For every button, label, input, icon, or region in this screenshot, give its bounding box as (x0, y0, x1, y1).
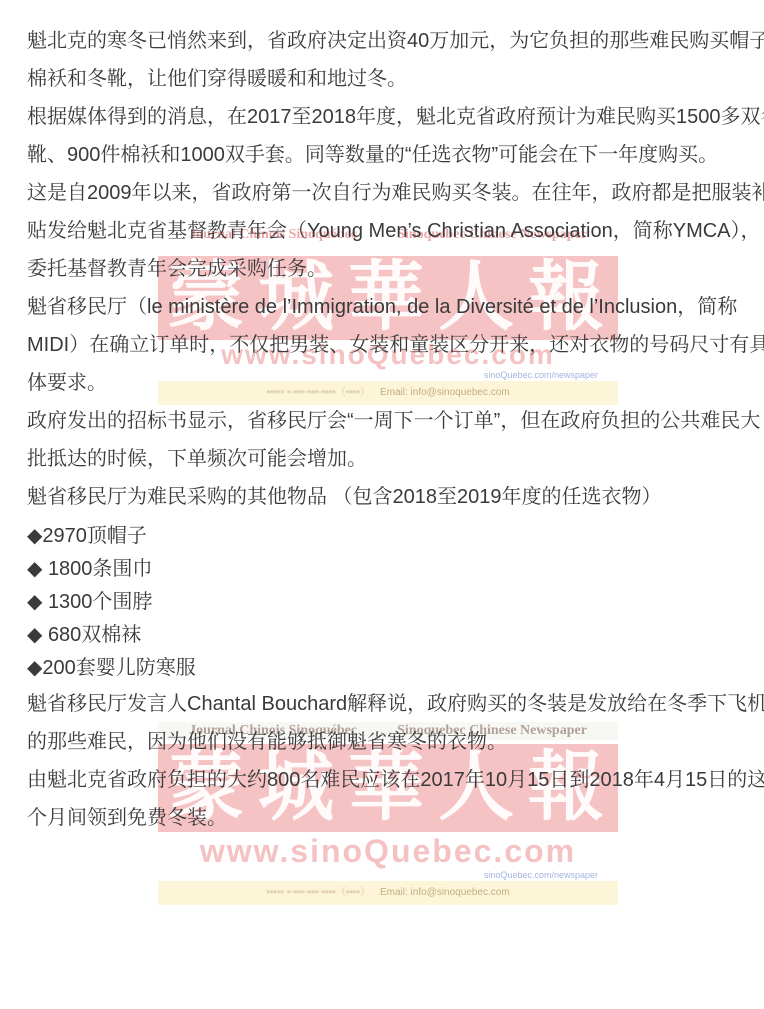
text-line: 的那些难民，因为他们没有能够抵御魁省寒冬的衣物。 (27, 723, 737, 761)
article-page: Journal Chinois Sinoquébec Sinoquebec Ch… (0, 0, 764, 1009)
watermark-newspaper-link: sinoQuebec.com/newspaper (158, 870, 618, 881)
watermark-contact-faded: ▪▪▪▪▪ ▪-▪▪▪-▪▪▪-▪▪▪▪（▪▪▪▪） (266, 887, 370, 898)
list-item: ◆200套婴儿防寒服 (27, 652, 737, 685)
purchased-items-list: ◆2970顶帽子 ◆ 1800条围巾 ◆ 1300个围脖 ◆ 680双棉袜 ◆2… (27, 520, 737, 685)
article-paragraph: 由魁北克省政府负担的大约800名难民应该在2017年10月15日到2018年4月… (27, 761, 737, 837)
text-line: 贴发给魁北克省基督教青年会（Young Men’s Christian Asso… (27, 212, 737, 250)
text-line: 魁北克的寒冬已悄然来到，省政府决定出资40万加元，为它负担的那些难民购买帽子、 (27, 22, 737, 60)
watermark-contact-email: Email: info@sinoquebec.com (380, 887, 510, 898)
list-item: ◆ 1800条围巾 (27, 553, 737, 586)
article-paragraph: 魁省移民厅发言人Chantal Bouchard解释说，政府购买的冬装是发放给在… (27, 685, 737, 761)
text-line: 魁省移民厅（le ministère de l’Immigration, de … (27, 288, 737, 326)
list-item: ◆2970顶帽子 (27, 520, 737, 553)
text-line: 由魁北克省政府负担的大约800名难民应该在2017年10月15日到2018年4月… (27, 761, 737, 799)
text-line: 体要求。 (27, 364, 737, 402)
article-paragraph: 魁省移民厅（le ministère de l’Immigration, de … (27, 288, 737, 402)
article-paragraph: 政府发出的招标书显示，省移民厅会“一周下一个订单”，但在政府负担的公共难民大 批… (27, 402, 737, 478)
text-line: 个月间领到免费冬装。 (27, 799, 737, 837)
list-item: ◆ 680双棉袜 (27, 619, 737, 652)
article-paragraph: 根据媒体得到的消息，在2017至2018年度，魁北克省政府预计为难民购买1500… (27, 98, 737, 174)
text-line: 魁省移民厅发言人Chantal Bouchard解释说，政府购买的冬装是发放给在… (27, 685, 737, 723)
watermark-website: www.sinoQuebec.com (158, 832, 618, 870)
article-paragraph: 这是自2009年以来，省政府第一次自行为难民购买冬装。在往年，政府都是把服装补 … (27, 174, 737, 288)
text-line: 委托基督教青年会完成采购任务。 (27, 250, 737, 288)
watermark-contact-line: ▪▪▪▪▪ ▪-▪▪▪-▪▪▪-▪▪▪▪（▪▪▪▪）Email: info@si… (158, 881, 618, 905)
text-line: 靴、900件棉袄和1000双手套。同等数量的“任选衣物”可能会在下一年度购买。 (27, 136, 737, 174)
text-line: 棉袄和冬靴，让他们穿得暖暖和和地过冬。 (27, 60, 737, 98)
list-item: ◆ 1300个围脖 (27, 586, 737, 619)
list-header: 魁省移民厅为难民采购的其他物品 （包含2018至2019年度的任选衣物） (27, 478, 737, 516)
article-paragraph: 魁北克的寒冬已悄然来到，省政府决定出资40万加元，为它负担的那些难民购买帽子、 … (27, 22, 737, 98)
text-line: 这是自2009年以来，省政府第一次自行为难民购买冬装。在往年，政府都是把服装补 (27, 174, 737, 212)
text-line: MIDI）在确立订单时，不仅把男装、女装和童装区分开来，还对衣物的号码尺寸有具 (27, 326, 737, 364)
text-line: 魁省移民厅为难民采购的其他物品 （包含2018至2019年度的任选衣物） (27, 478, 737, 516)
text-line: 根据媒体得到的消息，在2017至2018年度，魁北克省政府预计为难民购买1500… (27, 98, 737, 136)
text-line: 政府发出的招标书显示，省移民厅会“一周下一个订单”，但在政府负担的公共难民大 (27, 402, 737, 440)
text-line: 批抵达的时候，下单频次可能会增加。 (27, 440, 737, 478)
article-content: 魁北克的寒冬已悄然来到，省政府决定出资40万加元，为它负担的那些难民购买帽子、 … (0, 0, 764, 837)
